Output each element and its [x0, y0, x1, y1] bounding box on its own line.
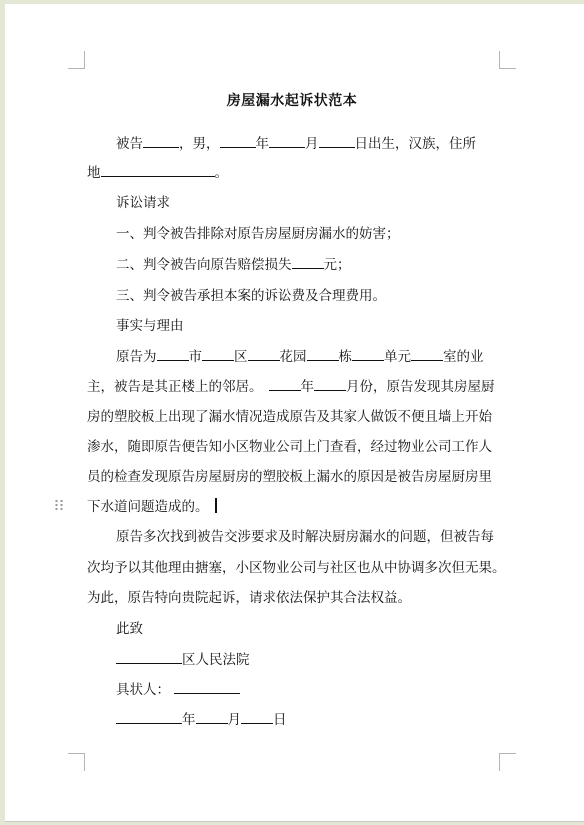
blank-field[interactable] [269, 134, 305, 148]
text: 二、判令被告向原告赔偿损失 [116, 257, 292, 273]
claim-item-3[interactable]: 三、判令被告承担本案的诉讼费及合理费用。 [116, 286, 536, 306]
text: 花园 [280, 349, 307, 365]
text: 栋 [339, 349, 353, 365]
facts-para1-line-4[interactable]: 渗水，随即原告便告知小区物业公司上门查看，经过物业公司工作人 [87, 437, 507, 457]
claim-item-1[interactable]: 一、判令被告排除对原告房屋厨房漏水的妨害； [116, 224, 536, 244]
salutation: 此致 [116, 619, 536, 639]
text: 单元 [384, 349, 411, 365]
blank-field[interactable] [241, 710, 273, 724]
facts-para2-line-1[interactable]: 原告多次找到被告交涉要求及时解决厨房漏水的问题，但被告每 [116, 527, 536, 547]
text: 下水道问题造成的。 [87, 499, 209, 515]
blank-field[interactable] [314, 377, 346, 391]
defendant-intro-line-2[interactable]: 地。 [87, 163, 507, 183]
blank-field[interactable] [196, 710, 228, 724]
blank-field[interactable] [307, 347, 339, 361]
text: ，男， [179, 136, 220, 152]
text: 日 [273, 712, 287, 728]
date-line[interactable]: 年月日 [116, 710, 536, 730]
text: 月 [305, 136, 319, 152]
blank-field[interactable] [248, 347, 280, 361]
text: 区人民法院 [182, 652, 250, 668]
blank-field[interactable] [101, 163, 215, 177]
facts-para1-line-6[interactable]: 下水道问题造成的。 [87, 497, 507, 517]
claim-item-2[interactable]: 二、判令被告向原告赔偿损失元； [116, 255, 536, 275]
blank-field[interactable] [157, 347, 189, 361]
text: 地 [87, 165, 101, 181]
facts-para2-line-3[interactable]: 为此，原告特向贵院起诉，请求依法保护其合法权益。 [87, 588, 507, 608]
margin-corner-mark [499, 753, 516, 771]
facts-para1-line-2[interactable]: 主，被告是其正楼上的邻居。年月份，原告发现其房屋厨 [87, 377, 507, 397]
facts-para2-line-2[interactable]: 次均予以其他理由搪塞，小区物业公司与社区也从中协调多次但无果。 [87, 558, 507, 578]
text-cursor [215, 498, 217, 513]
facts-para1-line-5[interactable]: 员的检查发现原告房屋厨房的塑胶板上漏水的原因是被告房屋厨房里 [87, 467, 507, 487]
facts-heading: 事实与理由 [116, 316, 536, 336]
blank-field[interactable] [292, 255, 324, 269]
blank-field[interactable] [202, 347, 234, 361]
blank-field[interactable] [143, 134, 179, 148]
signer-line[interactable]: 具状人： [116, 680, 536, 700]
blank-field[interactable] [116, 710, 182, 724]
margin-corner-mark [68, 753, 85, 771]
blank-field[interactable] [269, 377, 301, 391]
margin-corner-mark [68, 51, 85, 69]
blank-field[interactable] [174, 680, 240, 694]
text: 主，被告是其正楼上的邻居。 [87, 379, 263, 395]
text: 被告 [116, 136, 143, 152]
facts-para1-line-3[interactable]: 房的塑胶板上出现了漏水情况造成原告及其家人做饭不便且墙上开始 [87, 407, 507, 427]
court-line[interactable]: 区人民法院 [116, 650, 536, 670]
blank-field[interactable] [116, 650, 182, 664]
blank-field[interactable] [411, 347, 443, 361]
facts-para1-line-1[interactable]: 原告为市区花园栋单元室的业 [116, 347, 536, 367]
text: 月份，原告发现其房屋厨 [346, 379, 495, 395]
text: 日出生，汉族，住所 [355, 136, 477, 152]
defendant-intro-line-1[interactable]: 被告，男，年月日出生，汉族，住所 [116, 134, 536, 154]
text: 月 [228, 712, 242, 728]
text: 室的业 [443, 349, 484, 365]
text: 区 [234, 349, 248, 365]
text: 市 [189, 349, 203, 365]
text: 年 [256, 136, 270, 152]
claims-heading: 诉讼请求 [116, 193, 536, 213]
text: 具状人： [116, 682, 170, 698]
text: 。 [215, 165, 229, 181]
text: 原告为 [116, 349, 157, 365]
margin-corner-mark [499, 51, 516, 69]
blank-field[interactable] [319, 134, 355, 148]
blank-field[interactable] [352, 347, 384, 361]
blank-field[interactable] [220, 134, 256, 148]
text: 元； [324, 257, 351, 273]
text: 年 [301, 379, 315, 395]
document-title: 房屋漏水起诉状范本 [0, 90, 584, 110]
paragraph-drag-handle-icon[interactable] [54, 499, 64, 511]
text: 年 [182, 712, 196, 728]
